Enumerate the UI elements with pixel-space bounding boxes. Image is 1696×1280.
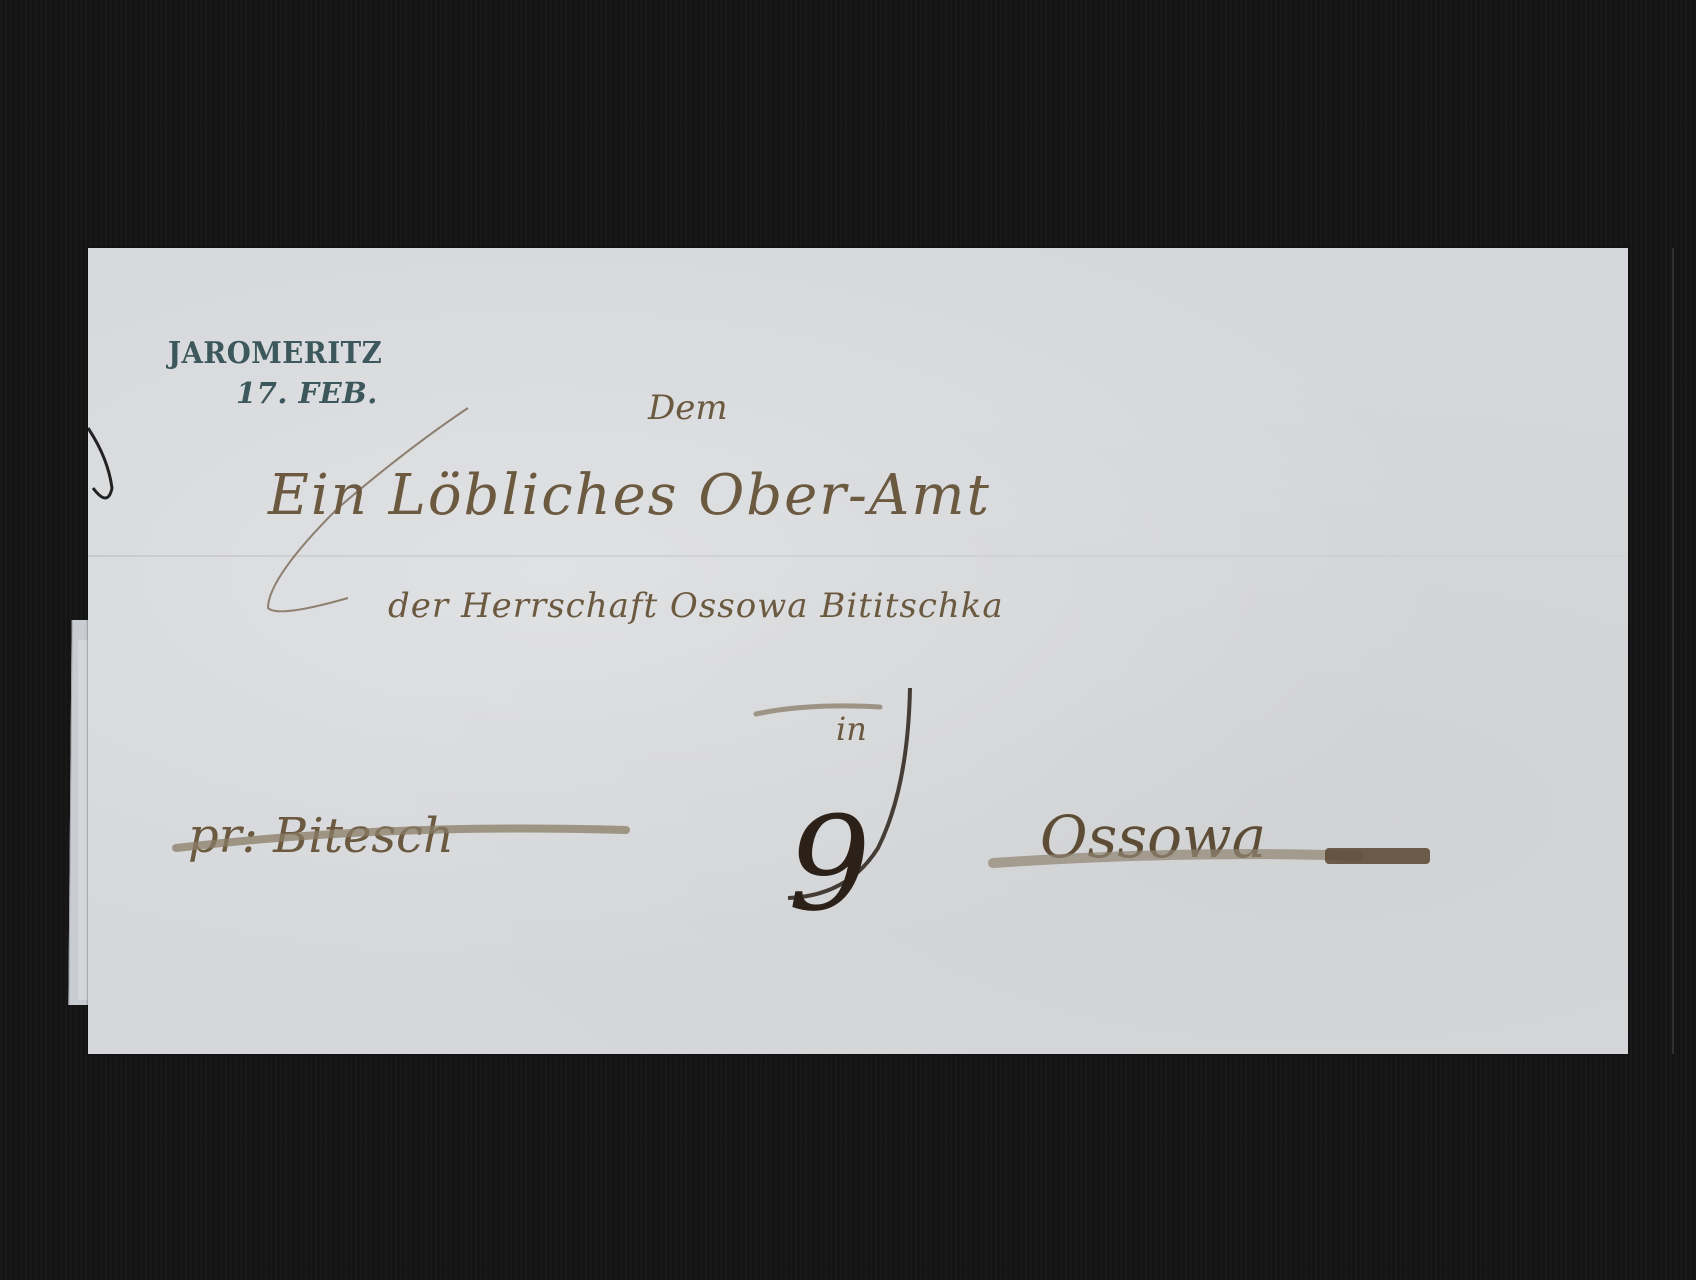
folded-letter: JAROMERITZ 17. FEB. Dem Ein Löbliches Ob…	[88, 248, 1628, 1054]
vertical-fold-line	[1672, 248, 1674, 1054]
ink-strokes	[88, 248, 1628, 1054]
